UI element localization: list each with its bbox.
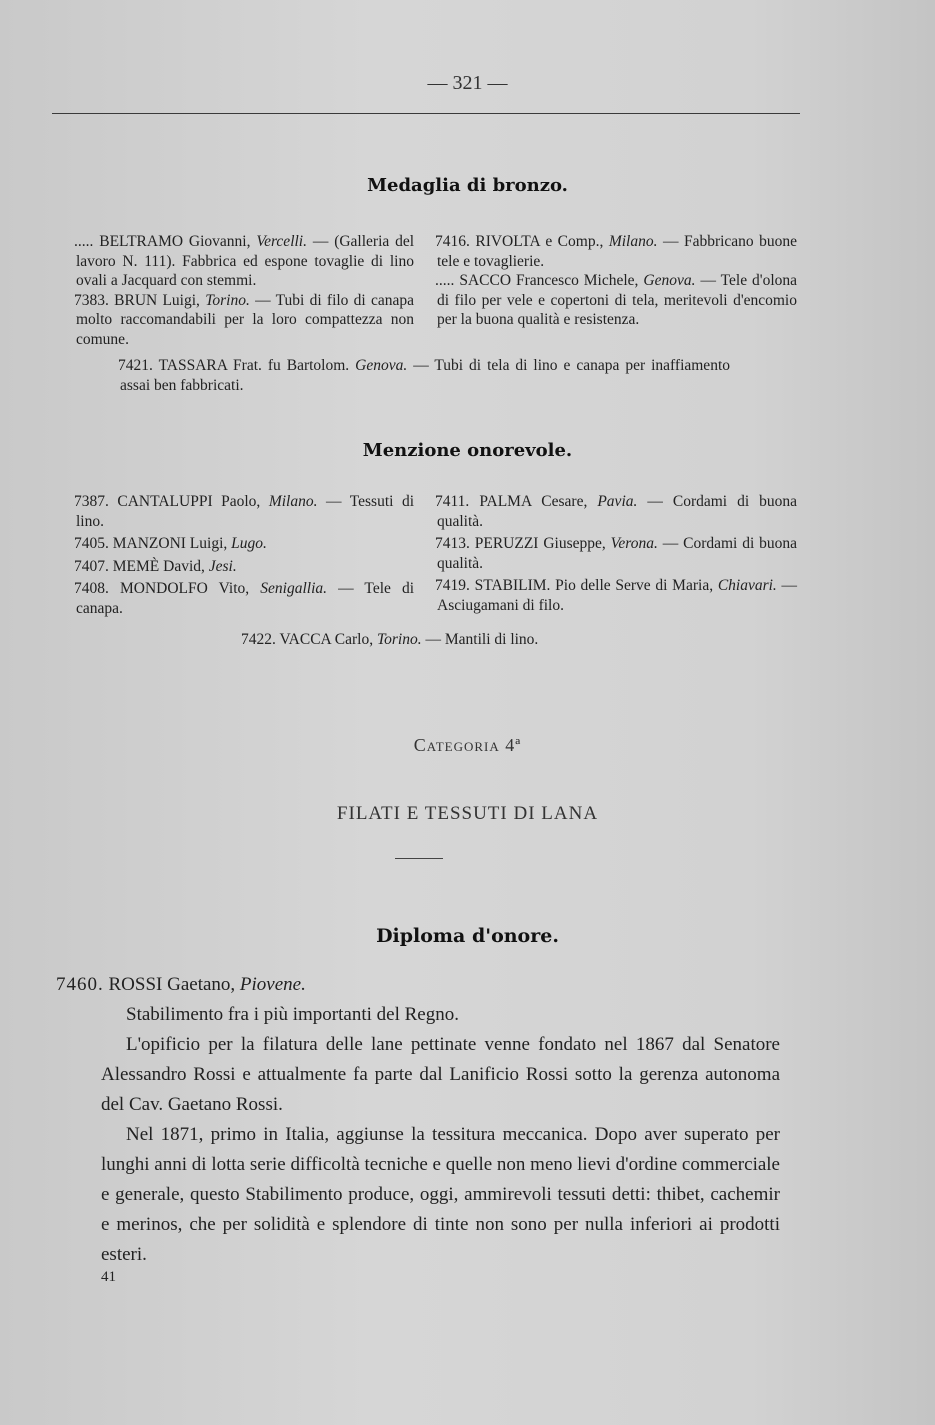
list-item: ..... BELTRAMO Giovanni, Vercelli. — (Ga… (76, 232, 414, 291)
entry-name: SACCO Francesco Michele, (459, 272, 638, 289)
entry-place: Milano. (269, 493, 318, 510)
signature-mark: 41 (101, 1268, 116, 1288)
section-divider (395, 858, 443, 859)
list-item: 7421. TASSARA Frat. fu Bartolom. Genova.… (120, 356, 730, 395)
entry-number: 7421. (118, 357, 153, 374)
bronze-right-column: 7416. RIVOLTA e Comp., Milano. — Fabbric… (437, 232, 797, 330)
entry-number: 7422. (241, 631, 276, 648)
list-item: 7413. PERUZZI Giuseppe, Verona. — Cordam… (437, 534, 797, 573)
entry-place: Milano. (609, 233, 658, 250)
entry-number: 7407. (74, 558, 109, 575)
list-item: 7405. MANZONI Luigi, Lugo. (76, 534, 414, 554)
entry-number: 7387. (74, 493, 109, 510)
diploma-paragraph-1: Stabilimento fra i più importanti del Re… (56, 1000, 780, 1270)
paragraph: Stabilimento fra i più importanti del Re… (101, 1000, 780, 1030)
entry-name: BRUN Luigi, (114, 292, 200, 309)
entry-name: CANTALUPPI Paolo, (117, 493, 260, 510)
list-item: 7387. CANTALUPPI Paolo, Milano. — Tessut… (76, 492, 414, 531)
section-title-diploma: Diploma d'onore. (0, 925, 935, 947)
entry-number: ..... (435, 272, 454, 289)
diploma-entry-heading: 7460. ROSSI Gaetano, Piovene. (56, 970, 780, 1000)
entry-name: MANZONI Luigi, (113, 535, 228, 552)
section-title-honorable: Menzione onorevole. (0, 440, 935, 461)
honorable-full-entry: 7422. VACCA Carlo, Torino. — Mantili di … (243, 630, 743, 650)
honorable-right-column: 7411. PALMA Cesare, Pavia. — Cordami di … (437, 492, 797, 615)
list-item: 7407. MEMÈ David, Jesi. (76, 557, 414, 577)
entry-name: PALMA Cesare, (479, 493, 587, 510)
entry-number: 7383. (74, 292, 109, 309)
entry-place: Lugo. (231, 535, 267, 552)
section-title-bronze: Medaglia di bronzo. (0, 175, 935, 196)
entry-place: Verona. (611, 535, 658, 552)
list-item: 7383. BRUN Luigi, Torino. — Tubi di filo… (76, 291, 414, 350)
entry-place: Genova. (355, 357, 407, 374)
bronze-left-column: ..... BELTRAMO Giovanni, Vercelli. — (Ga… (76, 232, 414, 349)
document-page: — 321 — Medaglia di bronzo. ..... BELTRA… (0, 0, 935, 1425)
entry-number: ..... (74, 233, 93, 250)
entry-number: 7413. (435, 535, 470, 552)
diploma-entry: 7460. ROSSI Gaetano, Piovene. Stabilimen… (56, 970, 780, 1270)
entry-number: 7419. (435, 577, 470, 594)
entry-name: BELTRAMO Giovanni, (99, 233, 250, 250)
paragraph: Nel 1871, primo in Italia, aggiunse la t… (101, 1120, 780, 1270)
header-rule (52, 113, 800, 114)
entry-name: PERUZZI Giuseppe, (475, 535, 606, 552)
entry-place: Torino. (205, 292, 250, 309)
list-item: ..... SACCO Francesco Michele, Genova. —… (437, 271, 797, 330)
entry-number: 7408. (74, 580, 109, 597)
entry-number: 7411. (435, 493, 469, 510)
entry-name: VACCA Carlo, (279, 631, 373, 648)
entry-place: Jesi. (209, 558, 237, 575)
entry-place: Pavia. (597, 493, 637, 510)
list-item: 7411. PALMA Cesare, Pavia. — Cordami di … (437, 492, 797, 531)
entry-name: RIVOLTA e Comp., (475, 233, 603, 250)
list-item: 7422. VACCA Carlo, Torino. — Mantili di … (243, 630, 743, 650)
entry-name: STABILIM. Pio delle Serve di Maria, (475, 577, 713, 594)
list-item: 7408. MONDOLFO Vito, Senigallia. — Tele … (76, 579, 414, 618)
entry-place: Piovene. (240, 974, 306, 995)
category-label: Categoria 4ª (0, 735, 935, 756)
entry-place: Chiavari. (718, 577, 777, 594)
entry-name: MONDOLFO Vito, (120, 580, 249, 597)
entry-place: Torino. (377, 631, 422, 648)
entry-place: Senigallia. (260, 580, 327, 597)
entry-desc: — Mantili di lino. (426, 631, 539, 648)
list-item: 7416. RIVOLTA e Comp., Milano. — Fabbric… (437, 232, 797, 271)
entry-name: ROSSI Gaetano, (109, 974, 236, 995)
entry-number: 7416. (435, 233, 470, 250)
bronze-full-entry: 7421. TASSARA Frat. fu Bartolom. Genova.… (120, 356, 730, 395)
entry-name: MEMÈ David, (113, 558, 205, 575)
entry-place: Vercelli. (256, 233, 307, 250)
entry-place: Genova. (643, 272, 695, 289)
list-item: 7419. STABILIM. Pio delle Serve di Maria… (437, 576, 797, 615)
honorable-left-column: 7387. CANTALUPPI Paolo, Milano. — Tessut… (76, 492, 414, 618)
page-number: — 321 — (0, 72, 935, 95)
entry-number: 7460. (56, 974, 104, 995)
paragraph: L'opificio per la filatura delle lane pe… (101, 1030, 780, 1120)
category-subtitle: FILATI E TESSUTI DI LANA (0, 803, 935, 825)
entry-number: 7405. (74, 535, 109, 552)
entry-name: TASSARA Frat. fu Bartolom. (159, 357, 350, 374)
